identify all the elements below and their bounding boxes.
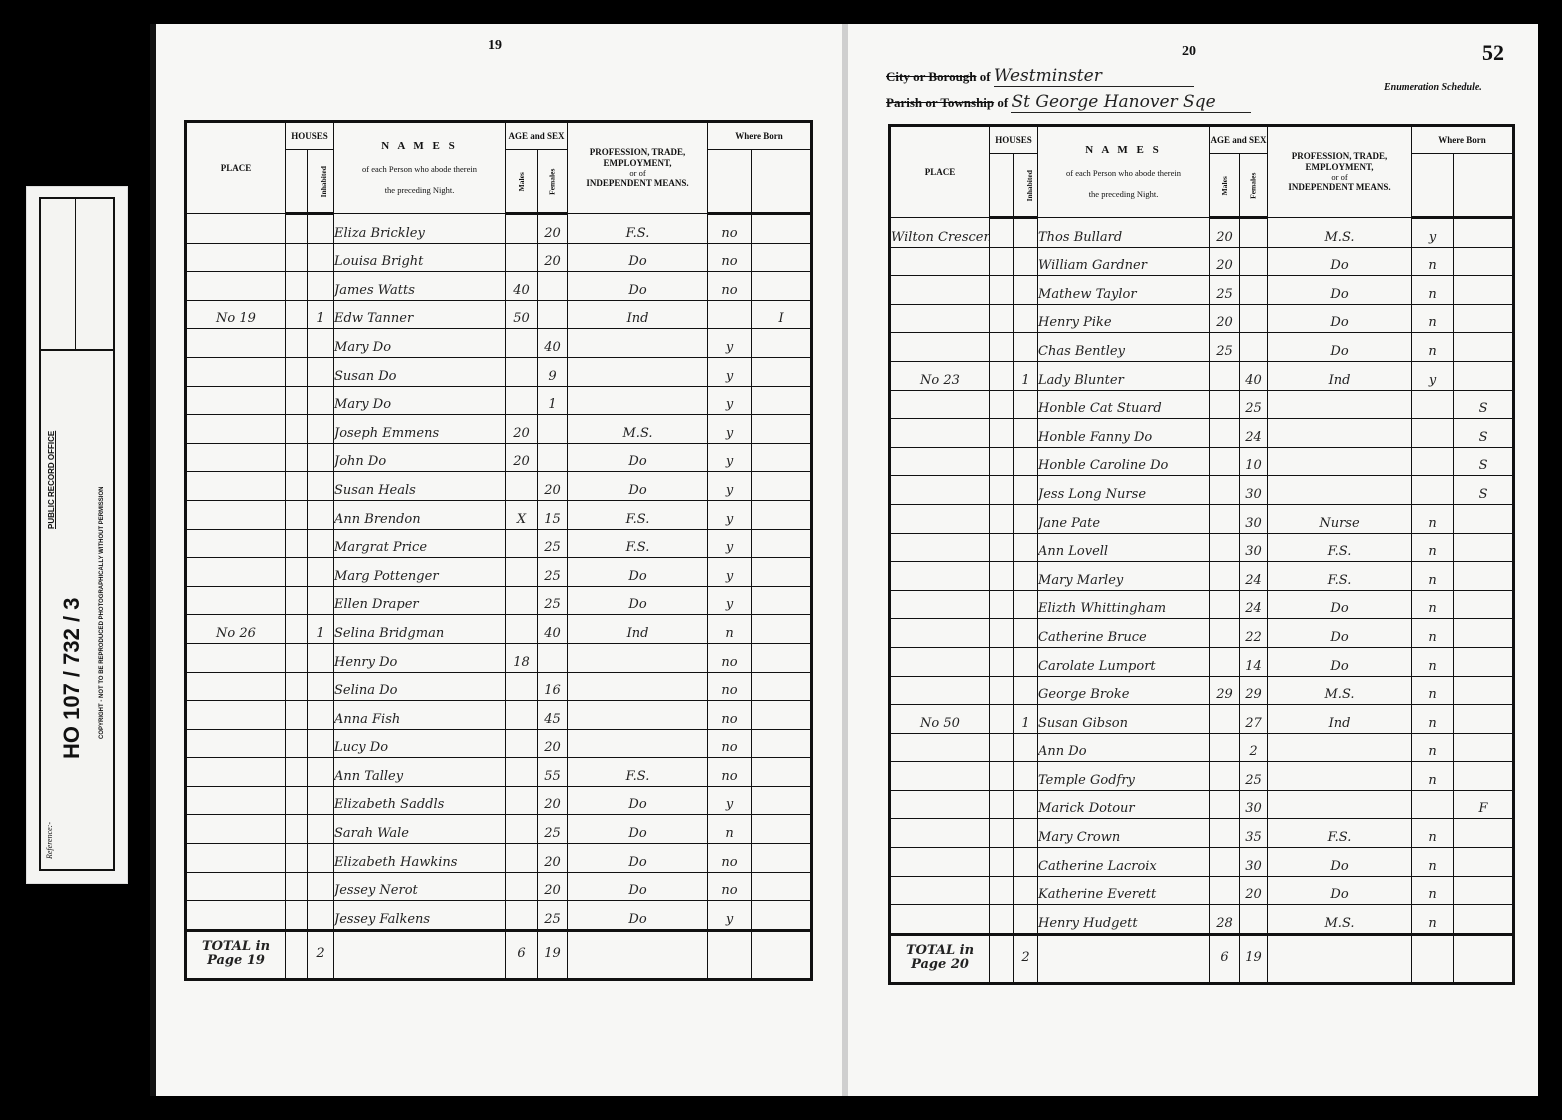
profession [1268,790,1412,819]
profession [568,357,708,386]
census-row: Mary Do 40 y [186,329,812,358]
column-header-where-born: Where Born [708,122,812,150]
place-cell [890,733,990,762]
inhabited-cell [308,329,334,358]
male-age [1210,733,1240,762]
profession: Do [568,272,708,301]
profession [1268,476,1412,505]
born-elsewhere [1454,733,1514,762]
place-cell [890,790,990,819]
inhabited-cell [1014,476,1038,505]
male-age: 20 [1210,218,1240,248]
born-same-county: y [1412,361,1454,390]
person-name: Lady Blunter [1038,361,1210,390]
uninhabited-cell [990,361,1014,390]
female-age [538,443,568,472]
place-cell [186,558,286,587]
page-number-right: 20 [1182,44,1196,60]
profession [568,643,708,672]
place-cell [186,815,286,844]
born-elsewhere [752,329,812,358]
born-same-county [1412,790,1454,819]
uninhabited-cell [286,214,308,244]
male-age: 50 [506,300,538,329]
female-age: 30 [1240,533,1268,562]
profession: Do [1268,848,1412,877]
born-elsewhere: F [1454,790,1514,819]
inhabited-cell [1014,819,1038,848]
person-name: Honble Cat Stuard [1038,390,1210,419]
place-cell: No 26 [186,615,286,644]
profession: Do [1268,276,1412,305]
census-row: Louisa Bright 20 Do no [186,243,812,272]
census-row: Mary Marley 24 F.S. n [890,562,1514,591]
person-name: Elizabeth Saddls [334,786,506,815]
female-age [538,272,568,301]
profession: F.S. [568,214,708,244]
male-age [506,758,538,787]
female-age: 20 [538,472,568,501]
column-header-inhabited: Inhabited [1014,154,1038,218]
male-age [506,901,538,931]
person-name: Mathew Taylor [1038,276,1210,305]
profession: M.S. [1268,905,1412,935]
census-row: Lucy Do 20 no [186,729,812,758]
inhabited-cell [308,529,334,558]
inhabited-cell [308,443,334,472]
inhabited-cell [1014,676,1038,705]
female-age: 1 [538,386,568,415]
profession: F.S. [1268,819,1412,848]
uninhabited-cell [286,386,308,415]
person-name: Selina Do [334,672,506,701]
profession: Ind [568,615,708,644]
census-table-left: PLACE HOUSES N A M E S of each Person wh… [184,120,813,981]
born-same-county: y [708,786,752,815]
city-borough-line: City or Borough of Westminster [886,66,1194,87]
male-age: 20 [1210,247,1240,276]
census-row: Mary Do 1 y [186,386,812,415]
female-age: 40 [1240,361,1268,390]
male-age [1210,705,1240,734]
born-same-county: no [708,844,752,873]
uninhabited-cell [990,619,1014,648]
uninhabited-cell [286,357,308,386]
female-age: 25 [1240,762,1268,791]
born-elsewhere [1454,504,1514,533]
male-age [1210,848,1240,877]
male-age: X [506,500,538,529]
person-name: Honble Fanny Do [1038,419,1210,448]
uninhabited-cell [990,562,1014,591]
place-cell [186,357,286,386]
born-elsewhere [752,415,812,444]
born-elsewhere [1454,819,1514,848]
person-name: Carolate Lumport [1038,647,1210,676]
born-same-county [708,300,752,329]
person-name: Ellen Draper [334,586,506,615]
person-name: Catherine Lacroix [1038,848,1210,877]
female-age: 20 [538,214,568,244]
profession: F.S. [568,500,708,529]
born-same-county: no [708,243,752,272]
place-cell [186,443,286,472]
place-cell [890,276,990,305]
place-cell [186,643,286,672]
parish-value: St George Hanover Sqe [1011,92,1251,113]
total-foreign [752,930,812,979]
census-row: Ellen Draper 25 Do y [186,586,812,615]
profession: Do [568,443,708,472]
born-elsewhere [1454,304,1514,333]
census-row: Joseph Emmens 20 M.S. y [186,415,812,444]
census-row: Elizabeth Hawkins 20 Do no [186,844,812,873]
profession: Do [1268,247,1412,276]
female-age: 24 [1240,590,1268,619]
male-age [506,529,538,558]
left-page: 19 PLACE HOUSES N A M E S of each Person… [150,24,850,1096]
total-females: 19 [538,930,568,979]
male-age: 20 [1210,304,1240,333]
male-age [506,586,538,615]
born-same-county: no [708,872,752,901]
inhabited-cell [308,786,334,815]
born-same-county: n [1412,590,1454,619]
column-header-uninhabited: Uninhabited or Building [990,154,1014,218]
male-age [1210,504,1240,533]
born-elsewhere: S [1454,390,1514,419]
census-row: No 26 1 Selina Bridgman 40 Ind n [186,615,812,644]
census-row: Jess Long Nurse 30 S [890,476,1514,505]
male-age [506,872,538,901]
inhabited-cell [1014,276,1038,305]
inhabited-cell [308,586,334,615]
reference-code: HO 107 / 732 / 3 [59,598,85,759]
born-same-county: n [1412,504,1454,533]
place-cell [186,272,286,301]
column-header-females: Females [1240,154,1268,218]
place-cell [186,729,286,758]
female-age: 55 [538,758,568,787]
inhabited-cell [1014,647,1038,676]
profession: M.S. [1268,676,1412,705]
born-same-county: y [708,415,752,444]
born-elsewhere [1454,333,1514,362]
total-uninhabited [990,934,1014,983]
uninhabited-cell [990,905,1014,935]
born-same-county: n [1412,647,1454,676]
male-age [506,786,538,815]
reference-strip: PUBLIC RECORD OFFICE HO 107 / 732 / 3 Re… [26,186,128,884]
place-cell [186,901,286,931]
male-age: 40 [506,272,538,301]
person-name: Edw Tanner [334,300,506,329]
born-elsewhere [1454,705,1514,734]
profession: Do [568,815,708,844]
born-elsewhere [752,786,812,815]
profession: F.S. [568,529,708,558]
census-row: Ann Brendon X 15 F.S. y [186,500,812,529]
born-elsewhere [752,214,812,244]
inhabited-cell [1014,848,1038,877]
uninhabited-cell [990,247,1014,276]
inhabited-cell [308,844,334,873]
profession [568,672,708,701]
born-same-county: y [708,357,752,386]
column-header-houses: HOUSES [990,126,1038,154]
total-males: 6 [506,930,538,979]
born-elsewhere [752,729,812,758]
inhabited-cell [308,729,334,758]
female-age: 22 [1240,619,1268,648]
column-header-names: N A M E S of each Person who abode there… [334,122,506,214]
male-age [506,615,538,644]
born-elsewhere [752,758,812,787]
uninhabited-cell [990,647,1014,676]
profession: M.S. [568,415,708,444]
inhabited-cell [308,386,334,415]
born-same-county: y [708,558,752,587]
born-elsewhere [1454,533,1514,562]
person-name: Jane Pate [1038,504,1210,533]
column-header-born-elsewhere: Whether Born in Scotland, Ireland, or Fo… [1454,154,1514,218]
male-age [1210,533,1240,562]
parish-township-line: Parish or Township of St George Hanover … [886,92,1251,113]
place-cell [890,333,990,362]
place-cell [186,386,286,415]
census-row: No 23 1 Lady Blunter 40 Ind y [890,361,1514,390]
profession [1268,390,1412,419]
uninhabited-cell [990,848,1014,877]
profession: M.S. [1268,218,1412,248]
column-header-profession: PROFESSION, TRADE,EMPLOYMENT, or ofINDEP… [1268,126,1412,218]
total-label: TOTAL inPage 20 [890,934,990,983]
place-cell [890,476,990,505]
column-header-males: Males [506,150,538,214]
place-cell [186,844,286,873]
born-same-county: y [708,472,752,501]
column-header-profession: PROFESSION, TRADE,EMPLOYMENT, or ofINDEP… [568,122,708,214]
uninhabited-cell [286,415,308,444]
profession: Do [1268,590,1412,619]
place-cell [890,533,990,562]
person-name: Elizth Whittingham [1038,590,1210,619]
uninhabited-cell [990,533,1014,562]
uninhabited-cell [990,333,1014,362]
census-row: Carolate Lumport 14 Do n [890,647,1514,676]
inhabited-cell [308,472,334,501]
female-age: 9 [538,357,568,386]
born-elsewhere [1454,676,1514,705]
born-elsewhere [752,586,812,615]
public-record-office-label: PUBLIC RECORD OFFICE [47,431,56,529]
profession [1268,733,1412,762]
male-age [506,672,538,701]
census-row: Henry Pike 20 Do n [890,304,1514,333]
profession: Ind [1268,705,1412,734]
born-same-county: n [1412,733,1454,762]
uninhabited-cell [286,586,308,615]
born-same-county: y [708,500,752,529]
column-header-uninhabited: Uninhabited or Building [286,150,308,214]
place-cell [186,243,286,272]
female-age: 25 [538,586,568,615]
place-cell [890,590,990,619]
male-age: 29 [1210,676,1240,705]
male-age [506,357,538,386]
person-name: Catherine Bruce [1038,619,1210,648]
male-age [1210,819,1240,848]
inhabited-cell [308,815,334,844]
born-same-county: no [708,643,752,672]
female-age: 25 [538,529,568,558]
inhabited-cell [308,415,334,444]
census-row: Elizth Whittingham 24 Do n [890,590,1514,619]
profession [568,386,708,415]
place-cell [890,876,990,905]
person-name: Lucy Do [334,729,506,758]
census-row: Henry Do 18 no [186,643,812,672]
born-elsewhere: S [1454,476,1514,505]
profession: Do [568,243,708,272]
male-age [506,472,538,501]
place-cell [186,472,286,501]
female-age: 25 [538,815,568,844]
inhabited-cell [1014,390,1038,419]
person-name: Ann Brendon [334,500,506,529]
census-row: Catherine Lacroix 30 Do n [890,848,1514,877]
profession [1268,447,1412,476]
inhabited-cell: 1 [308,300,334,329]
female-age: 14 [1240,647,1268,676]
male-age [1210,361,1240,390]
female-age: 30 [1240,848,1268,877]
female-age: 20 [538,872,568,901]
born-same-county: y [1412,218,1454,248]
uninhabited-cell [286,701,308,730]
place-cell [186,786,286,815]
reference-strip-frame: PUBLIC RECORD OFFICE HO 107 / 732 / 3 Re… [39,197,115,871]
born-elsewhere [752,615,812,644]
born-elsewhere [752,901,812,931]
uninhabited-cell [286,558,308,587]
person-name: Ann Lovell [1038,533,1210,562]
census-table-right: PLACE HOUSES N A M E S of each Person wh… [888,124,1515,985]
male-age: 20 [506,415,538,444]
born-elsewhere [752,500,812,529]
inhabited-cell [1014,504,1038,533]
census-row: Marg Pottenger 25 Do y [186,558,812,587]
male-age [506,558,538,587]
female-age: 2 [1240,733,1268,762]
uninhabited-cell [990,304,1014,333]
uninhabited-cell [990,676,1014,705]
census-row: Sarah Wale 25 Do n [186,815,812,844]
born-same-county: n [708,815,752,844]
place-cell: Wilton Crescent [890,218,990,248]
uninhabited-cell [990,476,1014,505]
born-elsewhere [1454,905,1514,935]
female-age: 20 [538,729,568,758]
female-age [1240,905,1268,935]
census-row: Margrat Price 25 F.S. y [186,529,812,558]
profession: Do [568,472,708,501]
person-name: Joseph Emmens [334,415,506,444]
inhabited-cell: 1 [308,615,334,644]
census-row: Eliza Brickley 20 F.S. no [186,214,812,244]
inhabited-cell [1014,304,1038,333]
census-row: Honble Cat Stuard 25 S [890,390,1514,419]
uninhabited-cell [286,872,308,901]
born-same-county: y [708,586,752,615]
born-same-county [1412,447,1454,476]
inhabited-cell [308,500,334,529]
inhabited-cell [1014,533,1038,562]
inhabited-cell [1014,733,1038,762]
female-age [1240,304,1268,333]
census-row: Mary Crown 35 F.S. n [890,819,1514,848]
female-age: 24 [1240,562,1268,591]
person-name: Marg Pottenger [334,558,506,587]
uninhabited-cell [286,672,308,701]
born-elsewhere [752,529,812,558]
born-same-county: n [1412,905,1454,935]
column-header-born-same-county: Whether Born in same County [708,150,752,214]
column-header-females: Females [538,150,568,214]
male-age [1210,647,1240,676]
born-same-county: y [708,529,752,558]
inhabited-cell: 1 [1014,361,1038,390]
right-page: 20 52 City or Borough of Westminster Par… [848,24,1538,1096]
place-cell [186,586,286,615]
born-elsewhere: I [752,300,812,329]
total-profession [1268,934,1412,983]
uninhabited-cell [990,790,1014,819]
inhabited-cell [1014,447,1038,476]
copyright-notice: COPYRIGHT - NOT TO BE REPRODUCED PHOTOGR… [99,487,105,739]
place-cell: No 50 [890,705,990,734]
uninhabited-cell [286,729,308,758]
born-elsewhere [752,672,812,701]
person-name: Susan Do [334,357,506,386]
place-cell [186,872,286,901]
female-age: 20 [538,844,568,873]
census-row: George Broke 29 29 M.S. n [890,676,1514,705]
born-elsewhere: S [1454,447,1514,476]
born-elsewhere [752,872,812,901]
female-age: 27 [1240,705,1268,734]
female-age [1240,276,1268,305]
born-elsewhere [1454,647,1514,676]
place-cell [186,758,286,787]
inhabited-cell [308,901,334,931]
census-row: William Gardner 20 Do n [890,247,1514,276]
reference-label: Reference:- [45,822,54,859]
column-header-born-elsewhere: Whether Born in Scotland, Ireland, or Fo… [752,150,812,214]
inhabited-cell [308,701,334,730]
total-row: TOTAL inPage 20 2 6 19 [890,934,1514,983]
female-age: 30 [1240,504,1268,533]
census-row: Honble Fanny Do 24 S [890,419,1514,448]
place-cell [186,415,286,444]
person-name: Sarah Wale [334,815,506,844]
born-same-county: no [708,729,752,758]
profession [1268,762,1412,791]
born-elsewhere [752,357,812,386]
born-same-county [1412,476,1454,505]
profession [568,729,708,758]
person-name: Ann Do [1038,733,1210,762]
